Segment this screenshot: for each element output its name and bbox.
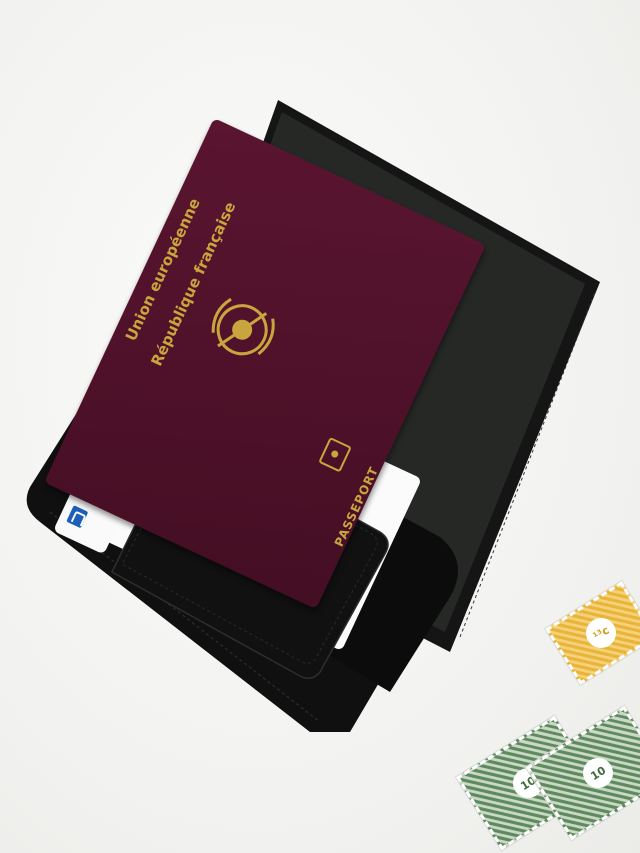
stamp-value: 10 xyxy=(577,752,618,793)
bank-logo-icon xyxy=(66,505,88,528)
stamp-value: ¹³c xyxy=(580,612,621,653)
biometric-chip-icon xyxy=(318,437,352,473)
photo-scene: Philippine Airlines DEBIT Union européen… xyxy=(0,0,640,853)
